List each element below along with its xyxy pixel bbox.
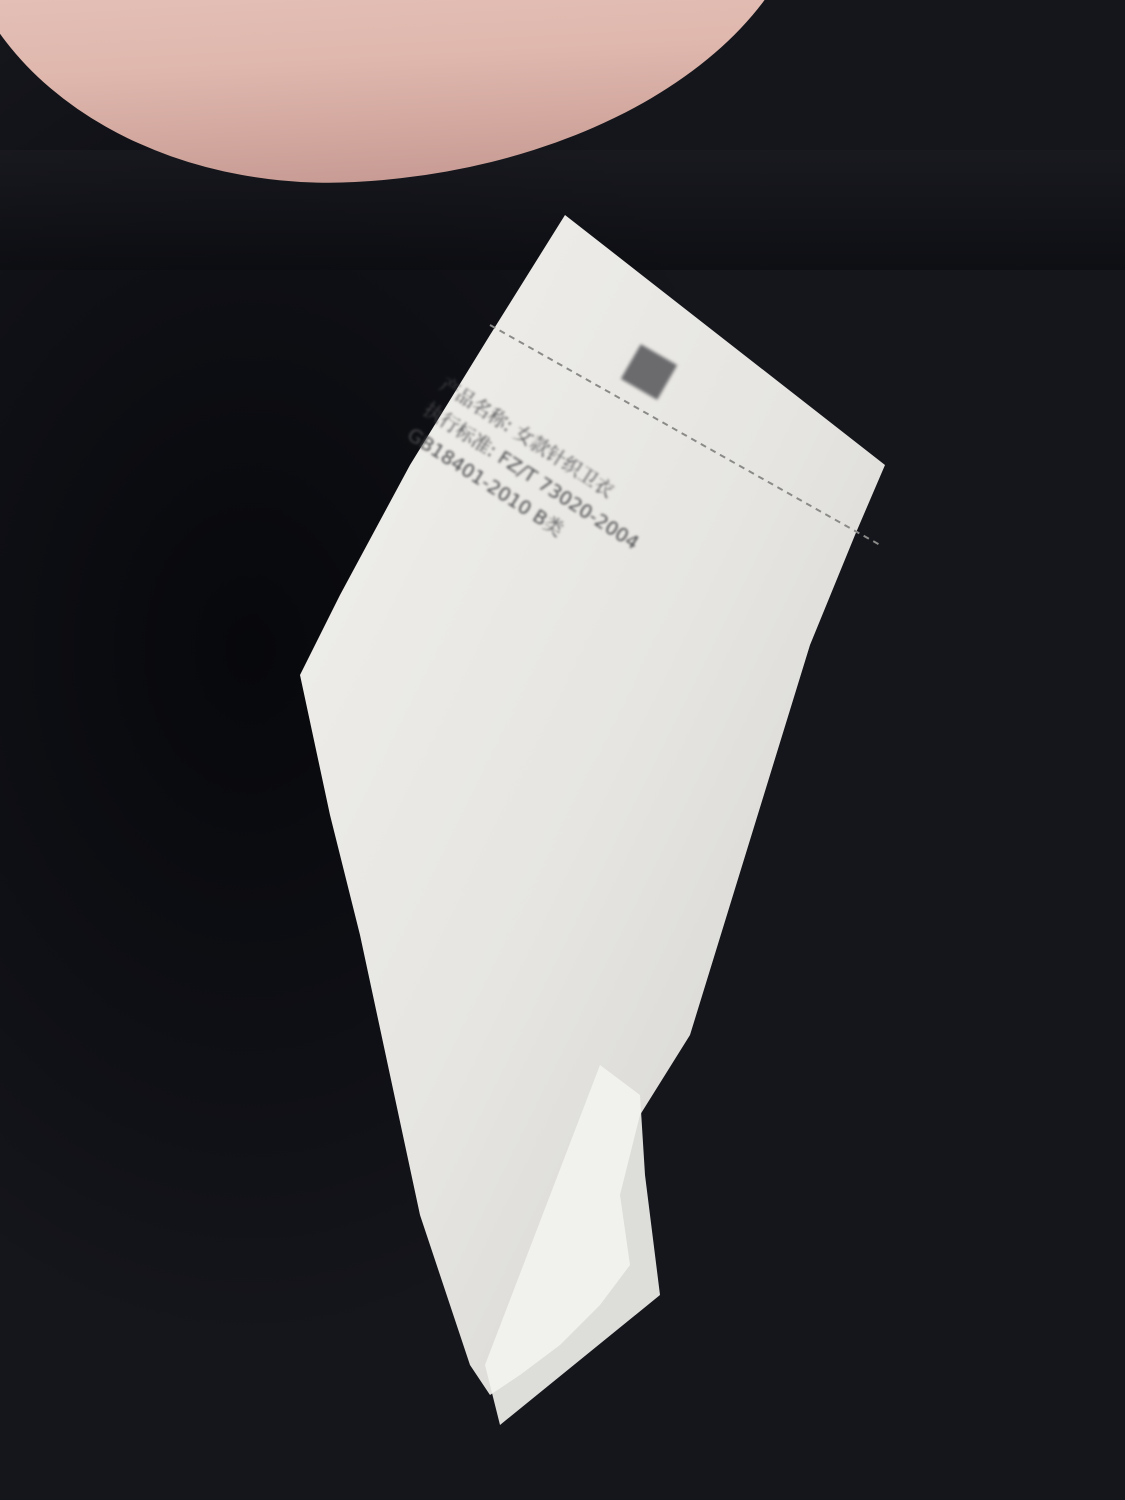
care-label [300, 215, 820, 1415]
